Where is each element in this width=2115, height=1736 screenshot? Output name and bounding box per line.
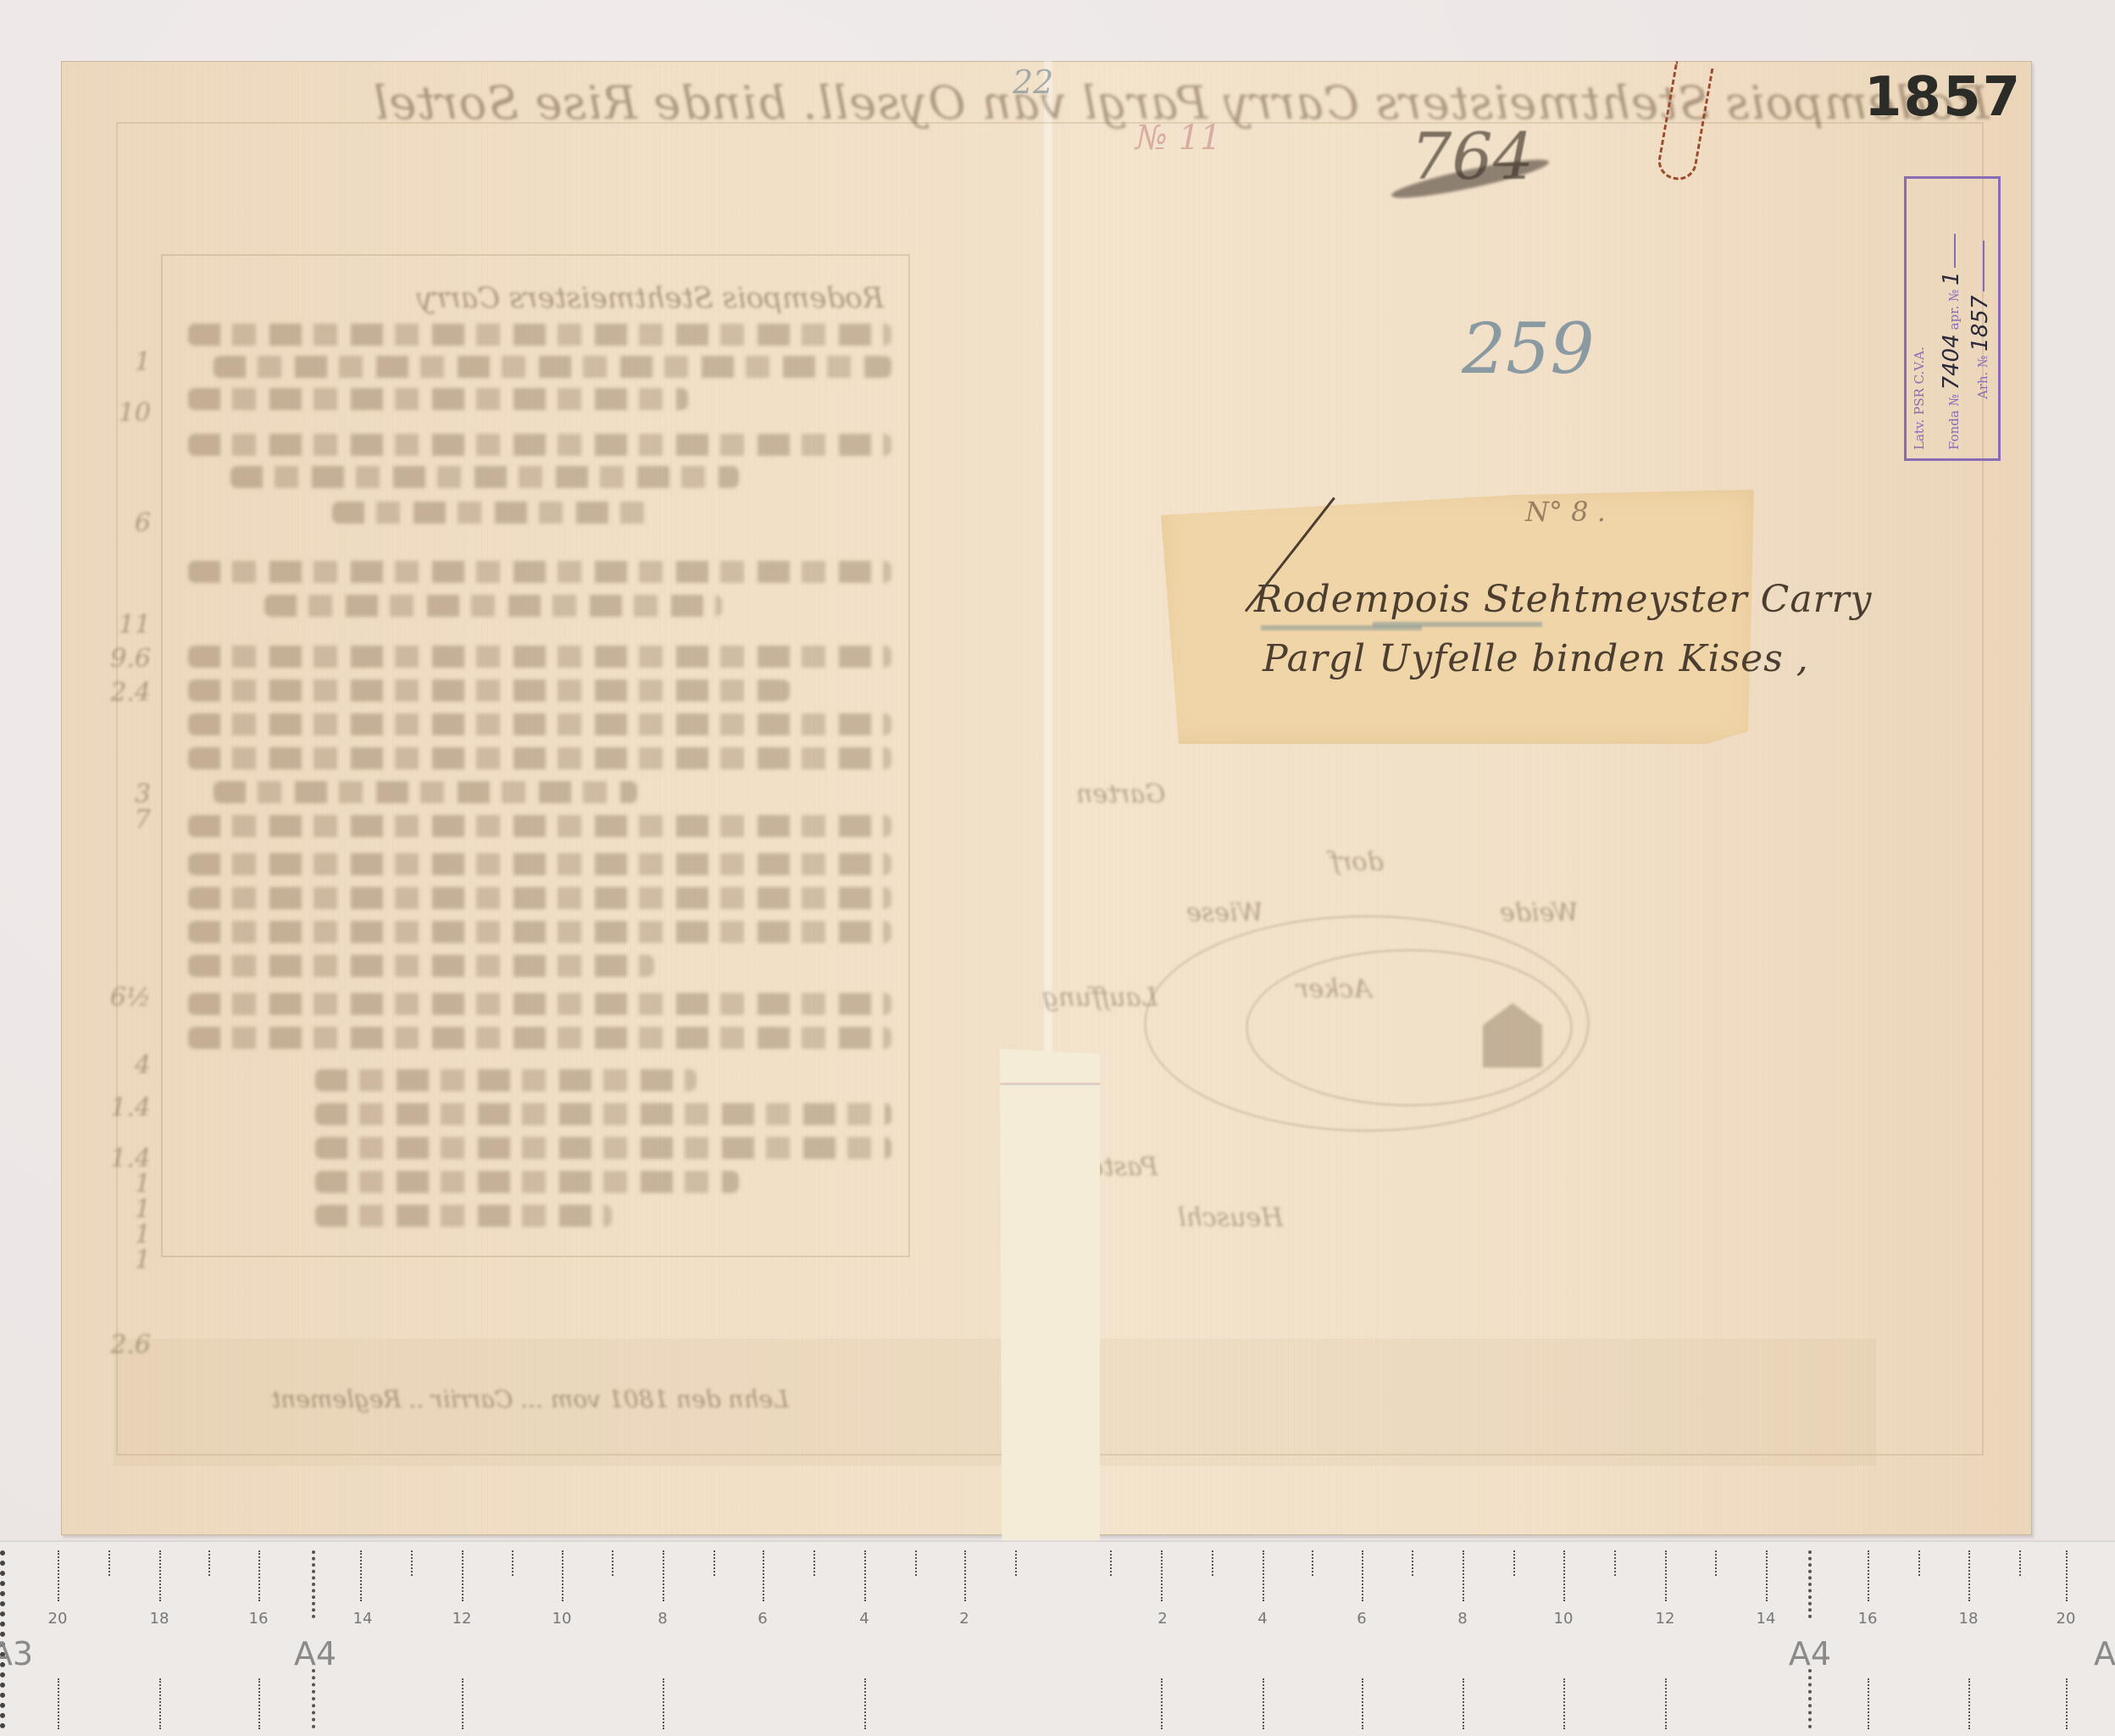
margin-number: 1 xyxy=(75,347,151,377)
block-heading: Rodempois Stehtmeisters Carry xyxy=(417,281,884,315)
margin-number: 2.4 xyxy=(75,678,151,707)
margin-number: 1.4 xyxy=(75,1093,151,1123)
ruler-number: 14 xyxy=(1757,1610,1776,1628)
footer-bleedthrough-line: Lehn den 1801 vom ... Carriir .. Regleme… xyxy=(271,1385,789,1413)
faint-pencil-number: 22 xyxy=(1013,64,1053,101)
ruler-number: 2 xyxy=(959,1610,969,1628)
map-label: Lauffung xyxy=(1042,983,1157,1012)
slip-line-2: Pargl Uyfelle binden Kises , xyxy=(1263,637,1809,680)
pencil-page-number: 259 xyxy=(1462,309,1595,390)
ruler-size-label: A4 xyxy=(1789,1635,1831,1672)
paper-tab-strip xyxy=(1000,1049,1100,1540)
stamp-arh-value: 1857 xyxy=(1968,296,1993,352)
house-sketch-icon xyxy=(1483,1025,1542,1068)
measurement-ruler: A3 20 18 16 A4 14 12 10 8 6 4 2 2 4 6 8 … xyxy=(0,1540,2115,1736)
ruler-number: 4 xyxy=(1257,1610,1267,1628)
ruler-number: 6 xyxy=(758,1610,767,1628)
stamp-arh-label: Arh. № xyxy=(1975,356,1990,399)
ruler-number: 2 xyxy=(1157,1610,1167,1628)
map-label: Acker xyxy=(1296,974,1372,1004)
map-label: dorf xyxy=(1330,847,1384,877)
ruler-number: 8 xyxy=(1457,1610,1467,1628)
margin-number: 2.6 xyxy=(75,1330,151,1360)
slip-line-1: Rodempois Stehtmeyster Carry xyxy=(1254,578,1873,621)
margin-number: 4 xyxy=(75,1051,151,1080)
margin-number: 6 xyxy=(75,508,151,538)
stamp-apr-value: 1 xyxy=(1939,271,1964,286)
margin-number: 1 xyxy=(75,1245,151,1275)
stamp-fonds-label: Fonda № xyxy=(1946,394,1962,450)
ruler-number: 20 xyxy=(2057,1610,2076,1628)
ruler-size-label: A4 xyxy=(294,1635,336,1672)
margin-number: 11 xyxy=(75,610,151,640)
stamp-apr-label: apr. № xyxy=(1946,290,1962,330)
ruler-number: 10 xyxy=(1554,1610,1574,1628)
ruler-number: 18 xyxy=(150,1610,169,1628)
margin-number-column: 1 10 6 11 9.6 2.4 3 7 6½ 4 1.4 1.4 1 1 1… xyxy=(75,254,159,1356)
ruler-number: 12 xyxy=(452,1610,472,1628)
ruler-number: 8 xyxy=(658,1610,667,1628)
ruler-number: 12 xyxy=(1656,1610,1675,1628)
ruler-number: 6 xyxy=(1357,1610,1366,1628)
pencil-underline xyxy=(1373,622,1542,627)
ruler-number: 10 xyxy=(552,1610,572,1628)
archive-stamp: Latv. PSR C.V.A. Fonda № 7404 apr. № 1 A… xyxy=(1904,176,2001,461)
ruler-size-label: A3 xyxy=(0,1635,33,1672)
margin-number: 7 xyxy=(75,805,151,835)
ruler-number: 4 xyxy=(859,1610,869,1628)
ruler-size-label: A xyxy=(2094,1635,2115,1672)
bleedthrough-text-block: Rodempois Stehtmeisters Carry xyxy=(161,254,910,1257)
ruler-number: 16 xyxy=(249,1610,269,1628)
margin-number: 10 xyxy=(75,398,151,428)
ruler-number: 18 xyxy=(1959,1610,1979,1628)
faint-pink-mark: № 11 xyxy=(1135,119,1221,158)
stamp-fonds-value: 7404 xyxy=(1939,334,1964,390)
ruler-number: 20 xyxy=(48,1610,68,1628)
map-label: Wiese xyxy=(1186,898,1263,928)
slip-number: N° 8 . xyxy=(1525,496,1606,528)
map-label: Heuschl xyxy=(1178,1203,1283,1233)
margin-number: 6½ xyxy=(75,983,151,1012)
ruler-number: 14 xyxy=(353,1610,373,1628)
margin-number: 9.6 xyxy=(75,644,151,674)
stamp-header: Latv. PSR C.V.A. xyxy=(1912,347,1927,450)
map-label: Garten xyxy=(1076,779,1165,809)
map-label: Weide xyxy=(1500,898,1579,928)
archive-number: 1857 xyxy=(1864,66,2022,129)
ruler-number: 16 xyxy=(1858,1610,1878,1628)
